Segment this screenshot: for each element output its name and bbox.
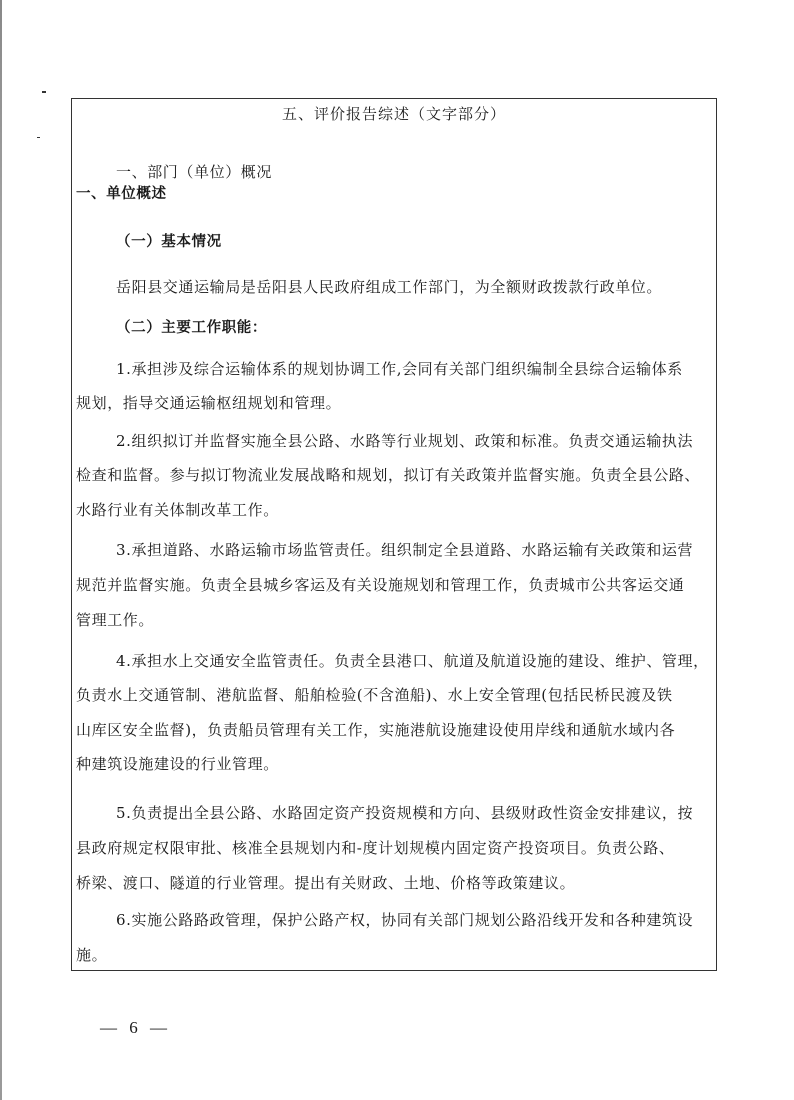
duty-4-line-3: 山库区安全监督)，负责船员管理有关工作，实施港航设施建设使用岸线和通航水域内各 — [76, 719, 675, 741]
duty-5-line-2: 县政府规定权限审批、核准全县规划内和-度计划规模内固定资产投资项目。负责公路、 — [76, 837, 674, 859]
duty-4-line-2: 负责水上交通管制、港航监督、船舶检验(不含渔船)、水上安全管理(包括民桥民渡及铁 — [76, 684, 673, 706]
section-title: 五、评价报告综述（文字部分） — [72, 103, 716, 125]
duty-5-line-1: 5.负责提出全县公路、水路固定资产投资规模和方向、县级财政性资金安排建议，按 — [116, 802, 693, 824]
duty-4-line-4: 种建筑设施建设的行业管理。 — [76, 753, 279, 775]
duty-2-line-1: 2.组织拟订并监督实施全县公路、水路等行业规划、政策和标准。负责交通运输执法 — [116, 430, 693, 452]
duty-3-line-3: 管理工作。 — [76, 609, 154, 631]
subheading-main-duties: （二）主要工作职能： — [116, 317, 267, 339]
scan-speck — [37, 137, 40, 138]
report-frame: 五、评价报告综述（文字部分） 一、部门（单位）概况 一、单位概述 （一）基本情况… — [71, 98, 717, 971]
duty-6-line-2: 施。 — [76, 944, 107, 966]
subheading-basic-info: （一）基本情况 — [116, 231, 222, 253]
duty-3-line-2: 规范并监督实施。负责全县城乡客运及有关设施规划和管理工作，负责城市公共客运交通 — [76, 574, 684, 596]
duty-5-line-3: 桥梁、渡口、隧道的行业管理。提出有关财政、土地、价格等政策建议。 — [76, 872, 575, 894]
duty-3-line-1: 3.承担道路、水路运输市场监管责任。组织制定全县道路、水路运输有关政策和运营 — [116, 539, 693, 561]
duty-2-line-3: 水路行业有关体制改革工作。 — [76, 499, 279, 521]
scan-edge — [0, 0, 2, 1100]
duty-1-line-2: 规划，指导交通运输枢纽规划和管理。 — [76, 392, 341, 414]
duty-2-line-2: 检查和监督。参与拟订物流业发展战略和规划，拟订有关政策并监督实施。负责全县公路、 — [76, 464, 700, 486]
heading-unit-overview: 一、单位概述 — [76, 183, 167, 205]
scan-speck — [42, 91, 46, 93]
duty-1-line-1: 1.承担涉及综合运输体系的规划协调工作,会同有关部门组织编制全县综合运输体系 — [116, 358, 683, 380]
duty-6-line-1: 6.实施公路路政管理，保护公路产权，协同有关部门规划公路沿线开发和各种建筑设 — [116, 909, 693, 931]
duty-4-line-1: 4.承担水上交通安全监管责任。负责全县港口、航道及航道设施的建设、维护、管理， — [116, 650, 709, 672]
basic-info-text: 岳阳县交通运输局是岳阳县人民政府组成工作部门，为全额财政拨款行政单位。 — [116, 276, 662, 298]
heading-department-overview: 一、部门（单位）概况 — [116, 161, 272, 183]
page-number: — 6 — — [100, 1018, 171, 1038]
